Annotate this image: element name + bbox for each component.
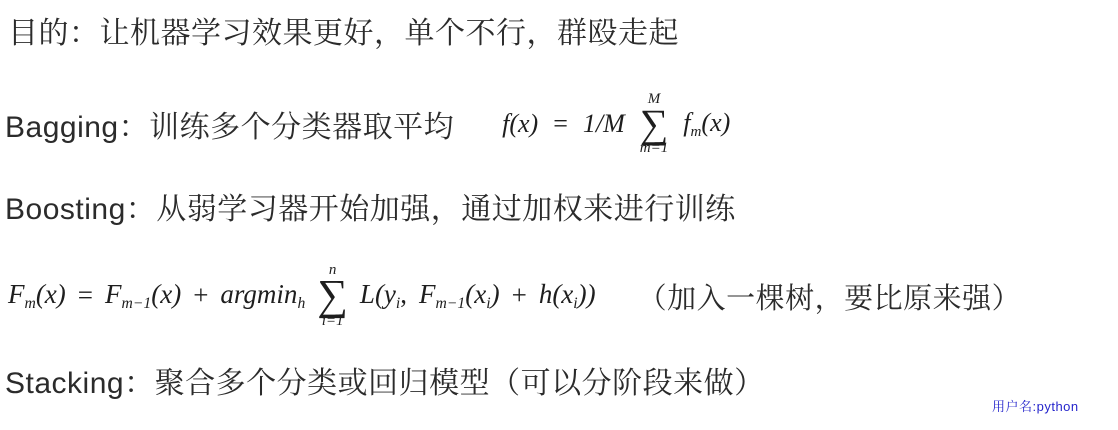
equals-sign: = [78,280,93,311]
new-tree-term: h(xi)) [539,279,596,313]
bagging-label: Bagging：训练多个分类器取平均 [5,102,454,146]
equals-sign: = [553,109,568,139]
boosting-note: （加入一棵树，要比原来强） [638,276,1022,317]
notes-slide: { "colors": { "background": "#ffffff", "… [0,0,1118,430]
boosting-lhs: Fm(x) [8,279,66,313]
argmin-operator: argminh [220,279,305,313]
sigma-symbol: ∑ [640,107,669,141]
loss-prev-model-term: Fm−1(xi) [419,279,500,313]
loss-term: L(yi, [360,279,407,313]
stacking-line: Stacking：聚合多个分类或回归模型（可以分阶段来做） [5,367,765,400]
purpose-line: 目的：让机器学习效果更好，单个不行，群殴走起 [8,17,679,50]
bagging-formula-lhs: f(x) [502,109,538,139]
plus-sign: + [193,280,208,311]
bagging-formula: f(x) = 1/M M ∑ m=1 fm(x) [502,92,730,156]
sigma-symbol: ∑ [317,278,348,315]
sum-lower-limit: m=1 [640,141,668,156]
bagging-sum-block: M ∑ m=1 [640,92,669,156]
bagging-line: Bagging：训练多个分类器取平均 f(x) = 1/M M ∑ m=1 fm… [5,85,730,163]
slide-canvas: 目的：让机器学习效果更好，单个不行，群殴走起 Bagging：训练多个分类器取平… [0,0,1118,430]
sum-lower-limit: i=1 [322,314,344,329]
plus-sign: + [512,280,527,311]
boosting-formula: Fm(x) = Fm−1(x) + argminh n ∑ i=1 L(yi, … [8,263,596,330]
bagging-summand: fm(x) [683,108,730,141]
boosting-prev-term: Fm−1(x) [105,279,181,313]
username-watermark: 用户名:python [992,396,1079,415]
boosting-line: Boosting：从弱学习器开始加强，通过加权来进行训练 [5,193,736,226]
boosting-sum-block: n ∑ i=1 [317,263,348,330]
boosting-formula-line: Fm(x) = Fm−1(x) + argminh n ∑ i=1 L(yi, … [8,255,1021,337]
bagging-coefficient: 1/M [583,109,625,139]
